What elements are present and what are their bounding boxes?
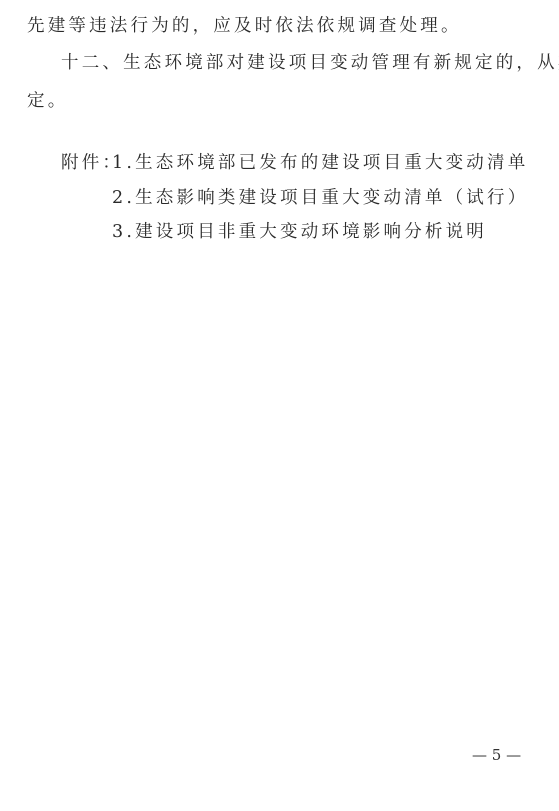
paragraph-line: 先建等违法行为的，应及时依法依规调查处理。	[27, 16, 462, 36]
attachment-item: 1.生态环境部已发布的建设项目重大变动清单	[112, 153, 528, 173]
page-number: — 5 —	[472, 746, 521, 764]
paragraph-line: 十二、生态环境部对建设项目变动管理有新规定的，从其规	[61, 53, 559, 73]
attachment-item: 2.生态影响类建设项目重大变动清单（试行）	[112, 188, 528, 208]
paragraph-line: 定。	[27, 91, 68, 111]
attachment-item: 3.建设项目非重大变动环境影响分析说明	[112, 222, 487, 242]
